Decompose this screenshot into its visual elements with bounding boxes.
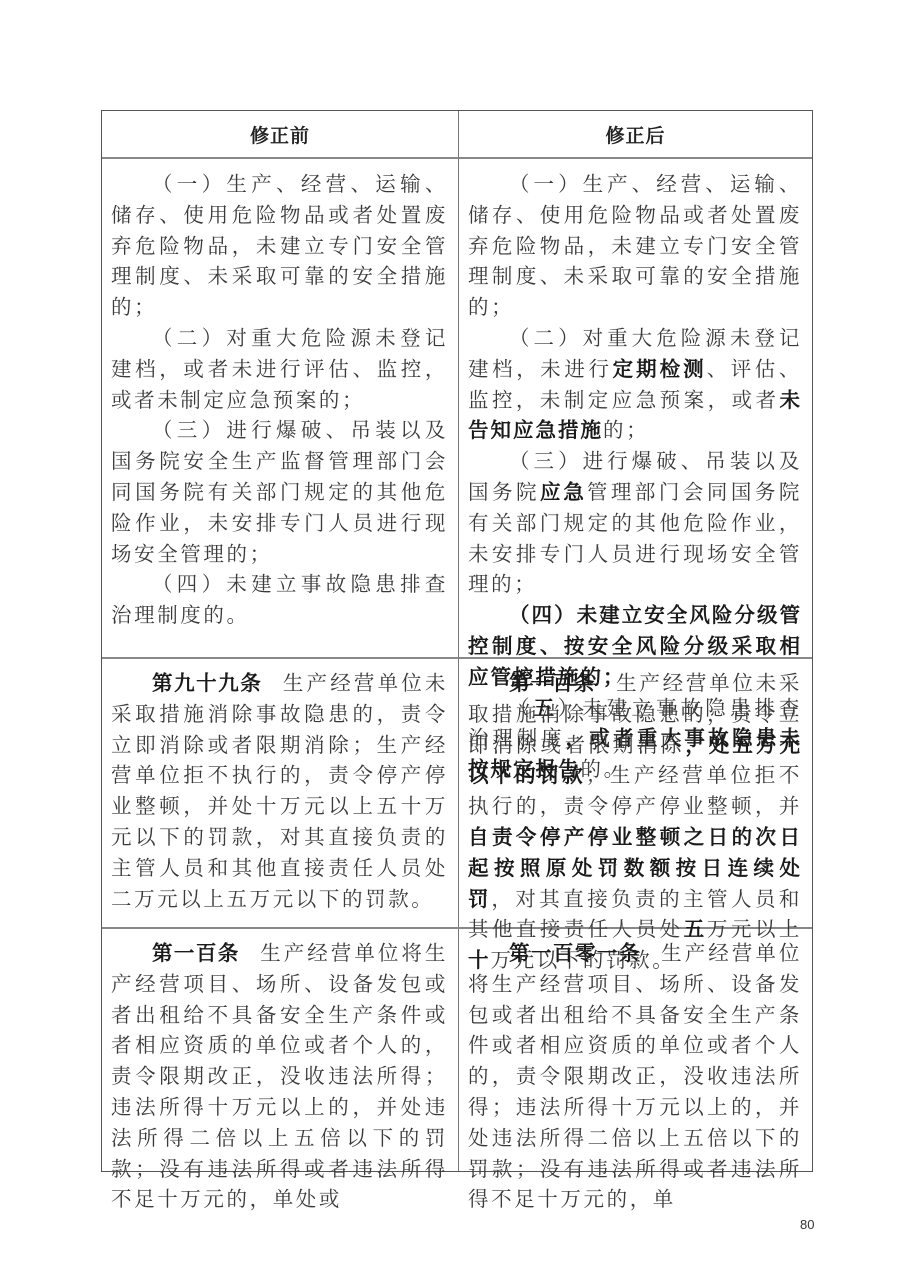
text-run: （一）生产、经营、运输、储存、使用危险物品或者处置废弃危险物品，未建立专门安全管… xyxy=(468,172,802,319)
paragraph: 第一百条生产经营单位将生产经营项目、场所、设备发包或者出租给不具备安全生产条件或… xyxy=(111,938,448,1215)
header-after: 修正后 xyxy=(459,111,812,158)
paragraph: （三）进行爆破、吊装以及国务院安全生产监督管理部门会同国务院有关部门规定的其他危… xyxy=(111,415,448,569)
article-number: 第一百条 xyxy=(152,941,240,965)
amended-text: 定期检测 xyxy=(613,357,707,381)
paragraph: （四）未建立事故隐患排查治理制度的。 xyxy=(111,569,448,631)
text-run: （四）未建立事故隐患排查治理制度的。 xyxy=(111,572,448,627)
paragraph: （一）生产、经营、运输、储存、使用危险物品或者处置废弃危险物品，未建立专门安全管… xyxy=(468,169,802,323)
text-run: （一）生产、经营、运输、储存、使用危险物品或者处置废弃危险物品，未建立专门安全管… xyxy=(111,172,448,319)
row-2-after: 第一百条生产经营单位未采取措施消除事故隐患的，责令立即消除或者限期消除，处五万元… xyxy=(459,668,812,976)
paragraph: （二）对重大危险源未登记建档，或者未进行评估、监控，或者未制定应急预案的； xyxy=(111,323,448,415)
text-run: 生产经营单位将生产经营项目、场所、设备发包或者出租给不具备安全生产条件或者相应资… xyxy=(468,941,802,1211)
row-3-after: 第一百零一条生产经营单位将生产经营项目、场所、设备发包或者出租给不具备安全生产条… xyxy=(459,938,812,1215)
article-number: 第一百零一条 xyxy=(509,941,641,965)
paragraph: （一）生产、经营、运输、储存、使用危险物品或者处置废弃危险物品，未建立专门安全管… xyxy=(111,169,448,323)
amended-text: 应急 xyxy=(540,480,587,504)
row-1-before: （一）生产、经营、运输、储存、使用危险物品或者处置废弃危险物品，未建立专门安全管… xyxy=(102,169,458,631)
paragraph: 第一百零一条生产经营单位将生产经营项目、场所、设备发包或者出租给不具备安全生产条… xyxy=(468,938,802,1215)
paragraph: 第九十九条生产经营单位未采取措施消除事故隐患的，责令立即消除或者限期消除；生产经… xyxy=(111,668,448,914)
row-3-before: 第一百条生产经营单位将生产经营项目、场所、设备发包或者出租给不具备安全生产条件或… xyxy=(102,938,458,1215)
comparison-table: 修正前 修正后 （一）生产、经营、运输、储存、使用危险物品或者处置废弃危险物品，… xyxy=(101,110,813,1172)
header-before: 修正前 xyxy=(102,111,458,158)
paragraph: （三）进行爆破、吊装以及国务院应急管理部门会同国务院有关部门规定的其他危险作业，… xyxy=(468,446,802,600)
text-run: （三）进行爆破、吊装以及国务院安全生产监督管理部门会同国务院有关部门规定的其他危… xyxy=(111,418,448,565)
text-run: （二）对重大危险源未登记建档，或者未进行评估、监控，或者未制定应急预案的； xyxy=(111,326,448,412)
text-run: 生产经营单位将生产经营项目、场所、设备发包或者出租给不具备安全生产条件或者相应资… xyxy=(111,941,448,1211)
text-run: 的； xyxy=(603,418,649,442)
paragraph: 第一百条生产经营单位未采取措施消除事故隐患的，责令立即消除或者限期消除，处五万元… xyxy=(468,668,802,976)
article-number: 第九十九条 xyxy=(152,671,262,695)
row-2-before: 第九十九条生产经营单位未采取措施消除事故隐患的，责令立即消除或者限期消除；生产经… xyxy=(102,668,458,914)
text-run: 生产经营单位未采取措施消除事故隐患的，责令立即消除或者限期消除；生产经营单位拒不… xyxy=(111,671,448,911)
paragraph: （二）对重大危险源未登记建档，未进行定期检测、评估、监控，未制定应急预案，或者未… xyxy=(468,323,802,446)
article-number: 第一百条 xyxy=(509,671,596,695)
page-number: 80 xyxy=(800,1217,814,1232)
